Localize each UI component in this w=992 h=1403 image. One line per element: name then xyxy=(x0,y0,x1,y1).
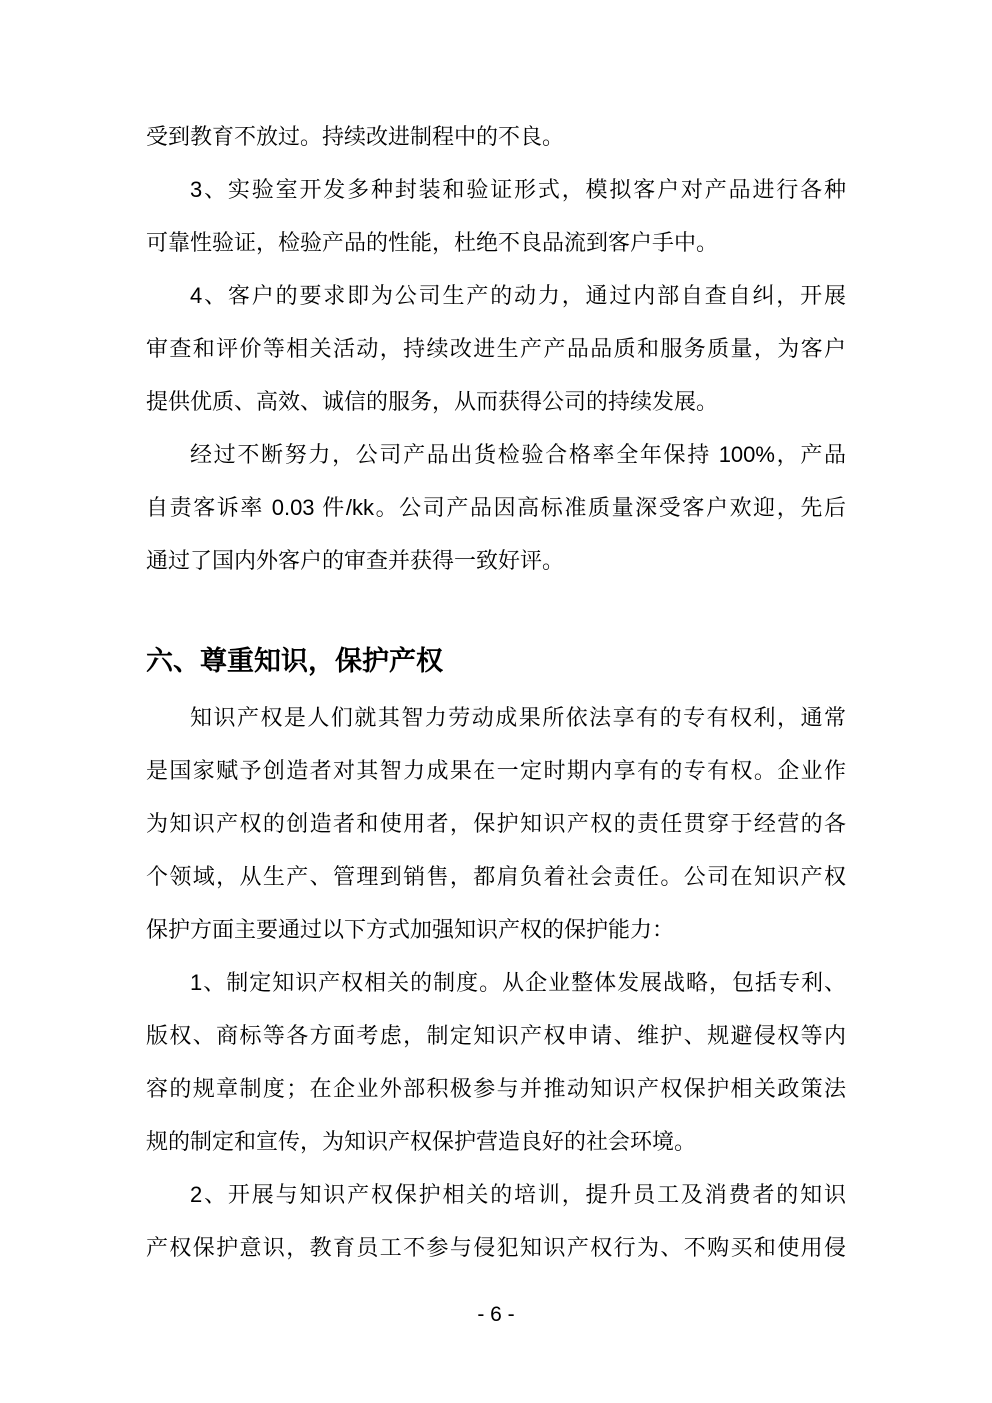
text-line: 可靠性验证，检验产品的性能，杜绝不良品流到客户手中。 xyxy=(146,216,846,269)
text-line: 保护方面主要通过以下方式加强知识产权的保护能力： xyxy=(146,903,846,956)
paragraph: 知识产权是人们就其智力劳动成果所依法享有的专有权利，通常是国家赋予创造者对其智力… xyxy=(146,691,846,956)
section-heading: 六、尊重知识，保护产权 xyxy=(146,633,846,689)
document-body: 受到教育不放过。持续改进制程中的不良。3、实验室开发多种封装和验证形式，模拟客户… xyxy=(146,110,846,1274)
text-line: 通过了国内外客户的审查并获得一致好评。 xyxy=(146,534,846,587)
text-line: 4、客户的要求即为公司生产的动力，通过内部自查自纠，开展 xyxy=(146,269,846,322)
text-line: 自责客诉率 0.03 件/kk。公司产品因高标准质量深受客户欢迎，先后 xyxy=(146,481,846,534)
text-line: 规的制定和宣传，为知识产权保护营造良好的社会环境。 xyxy=(146,1115,846,1168)
page-number: - 6 - xyxy=(0,1300,992,1330)
paragraph: 受到教育不放过。持续改进制程中的不良。 xyxy=(146,110,846,163)
paragraph: 4、客户的要求即为公司生产的动力，通过内部自查自纠，开展审查和评价等相关活动，持… xyxy=(146,269,846,428)
document-page: 受到教育不放过。持续改进制程中的不良。3、实验室开发多种封装和验证形式，模拟客户… xyxy=(0,0,992,1403)
text-line: 提供优质、高效、诚信的服务，从而获得公司的持续发展。 xyxy=(146,375,846,428)
text-line: 3、实验室开发多种封装和验证形式，模拟客户对产品进行各种 xyxy=(146,163,846,216)
text-line: 知识产权是人们就其智力劳动成果所依法享有的专有权利，通常 xyxy=(146,691,846,744)
text-line: 个领域，从生产、管理到销售，都肩负着社会责任。公司在知识产权 xyxy=(146,850,846,903)
paragraph: 3、实验室开发多种封装和验证形式，模拟客户对产品进行各种可靠性验证，检验产品的性… xyxy=(146,163,846,269)
text-line: 产权保护意识，教育员工不参与侵犯知识产权行为、不购买和使用侵 xyxy=(146,1221,846,1274)
text-line: 版权、商标等各方面考虑，制定知识产权申请、维护、规避侵权等内 xyxy=(146,1009,846,1062)
text-line: 1、制定知识产权相关的制度。从企业整体发展战略，包括专利、 xyxy=(146,956,846,1009)
paragraph: 2、开展与知识产权保护相关的培训，提升员工及消费者的知识产权保护意识，教育员工不… xyxy=(146,1168,846,1274)
text-line: 2、开展与知识产权保护相关的培训，提升员工及消费者的知识 xyxy=(146,1168,846,1221)
text-line: 为知识产权的创造者和使用者，保护知识产权的责任贯穿于经营的各 xyxy=(146,797,846,850)
heading-text: 六、尊重知识，保护产权 xyxy=(146,633,846,689)
text-line: 经过不断努力，公司产品出货检验合格率全年保持 100%，产品 xyxy=(146,428,846,481)
text-line: 审查和评价等相关活动，持续改进生产产品品质和服务质量，为客户 xyxy=(146,322,846,375)
text-line: 是国家赋予创造者对其智力成果在一定时期内享有的专有权。企业作 xyxy=(146,744,846,797)
paragraph: 经过不断努力，公司产品出货检验合格率全年保持 100%，产品自责客诉率 0.03… xyxy=(146,428,846,587)
text-line: 容的规章制度；在企业外部积极参与并推动知识产权保护相关政策法 xyxy=(146,1062,846,1115)
text-line: 受到教育不放过。持续改进制程中的不良。 xyxy=(146,110,846,163)
paragraph: 1、制定知识产权相关的制度。从企业整体发展战略，包括专利、版权、商标等各方面考虑… xyxy=(146,956,846,1168)
